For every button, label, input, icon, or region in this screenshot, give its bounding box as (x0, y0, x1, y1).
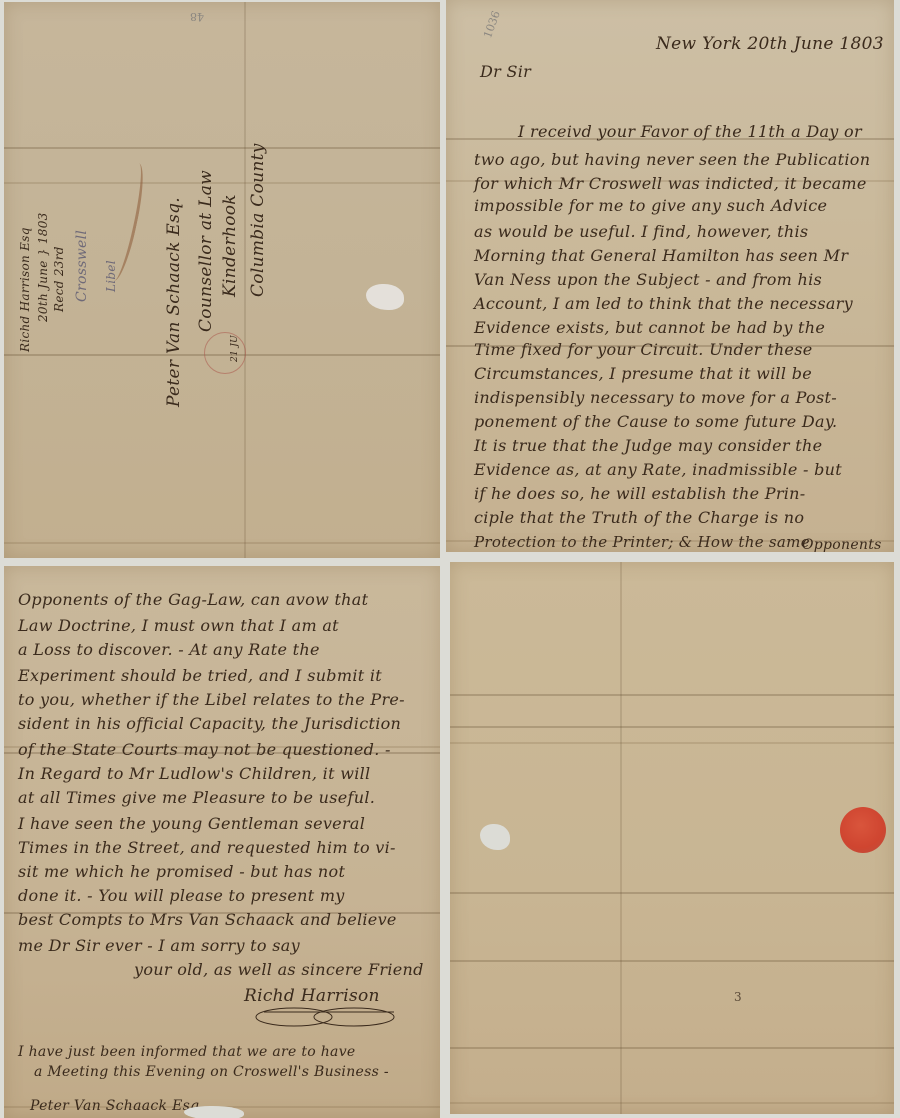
body-line: ponement of the Cause to some future Day… (474, 412, 837, 432)
archive-number: 1036 (481, 9, 503, 40)
docket-line: 20th June } 1803 (36, 212, 50, 322)
fold-line (450, 960, 894, 962)
faint-mark: 3 (734, 990, 742, 1004)
fold-line (244, 2, 246, 558)
postscript-line: a Meeting this Evening on Croswell's Bus… (34, 1062, 389, 1082)
address-line: Kinderhook (220, 194, 240, 297)
body-line: to you, whether if the Libel relates to … (18, 690, 405, 710)
body-line: at all Times give me Pleasure to be usef… (18, 788, 375, 808)
address-line: Counsellor at Law (196, 170, 216, 332)
body-line: Experiment should be tried, and I submit… (18, 666, 382, 686)
fold-line (450, 726, 894, 728)
body-line: for which Mr Croswell was indicted, it b… (474, 174, 867, 194)
body-line: a Loss to discover. - At any Rate the (18, 640, 320, 660)
body-line: Evidence exists, but cannot be had by th… (474, 318, 825, 338)
body-line: In Regard to Mr Ludlow's Children, it wi… (18, 764, 370, 784)
body-line: Van Ness upon the Subject - and from his (474, 270, 822, 290)
closing-line: me Dr Sir ever - I am sorry to say (18, 936, 300, 956)
body-line: Opponents of the Gag-Law, can avow that (18, 590, 368, 610)
body-line: Account, I am led to think that the nece… (474, 294, 853, 314)
archive-number: 48 (190, 10, 204, 23)
fold-line (450, 1047, 894, 1049)
addressee-name: Peter Van Schaack Esq. (164, 197, 184, 407)
dateline: New York 20th June 1803 (656, 34, 884, 54)
address-line: Columbia County (248, 143, 268, 297)
address-leaf-panel: 48 Richd Harrison Esq 20th June } 1803 R… (4, 2, 440, 558)
closing-line: your old, as well as sincere Friend (134, 960, 424, 980)
body-line: if he does so, he will establish the Pri… (474, 484, 806, 504)
paper-damage (184, 1106, 244, 1118)
body-line: as would be useful. I find, however, thi… (474, 222, 808, 242)
body-line: sit me which he promised - but has not (18, 862, 345, 882)
body-line: indispensibly necessary to move for a Po… (474, 388, 837, 408)
signature-flourish-icon (254, 1006, 404, 1028)
docket-line: Richd Harrison Esq (18, 227, 32, 352)
signature: Richd Harrison (244, 986, 380, 1006)
body-line: ciple that the Truth of the Charge is no (474, 508, 804, 528)
body-line: Circumstances, I presume that it will be (474, 364, 812, 384)
paper-damage (480, 824, 510, 850)
postmark-text: 21 JU (230, 335, 240, 362)
body-line: best Compts to Mrs Van Schaack and belie… (18, 910, 397, 930)
body-line: done it. - You will please to present my (18, 886, 345, 906)
body-line: two ago, but having never seen the Publi… (474, 150, 870, 170)
fold-line (4, 147, 440, 149)
fold-line (450, 892, 894, 894)
letter-page-two: Opponents of the Gag-Law, can avow that … (4, 566, 440, 1118)
body-line: Times in the Street, and requested him t… (18, 838, 396, 858)
body-line: Law Doctrine, I must own that I am at (18, 616, 339, 636)
body-line: Evidence as, at any Rate, inadmissible -… (474, 460, 842, 480)
catchword: Opponents (802, 535, 882, 555)
body-line: sident in his official Capacity, the Jur… (18, 714, 401, 734)
body-line: I have seen the young Gentleman several (18, 814, 365, 834)
blank-leaf-panel: 3 (450, 562, 894, 1114)
paper-damage (366, 284, 404, 310)
body-line: It is true that the Judge may consider t… (474, 436, 822, 456)
wax-seal (840, 807, 886, 853)
letter-page-one: 1036 New York 20th June 1803 Dr Sir I re… (446, 0, 894, 552)
body-line: impossible for me to give any such Advic… (474, 196, 827, 216)
body-line: I receivd your Favor of the 11th a Day o… (518, 122, 862, 142)
postscript-line: I have just been informed that we are to… (18, 1042, 356, 1062)
body-line: Protection to the Printer; & How the sam… (474, 532, 810, 552)
fold-line (620, 562, 622, 1114)
body-line: of the State Courts may not be questione… (18, 740, 391, 760)
fold-line (450, 694, 894, 696)
salutation: Dr Sir (480, 62, 531, 82)
body-line: Time fixed for your Circuit. Under these (474, 340, 812, 360)
body-line: Morning that General Hamilton has seen M… (474, 246, 848, 266)
docket-line: Recd 23rd (52, 246, 66, 312)
pencil-line: Libel (104, 260, 118, 292)
addressee-footer: Peter Van Schaack Esq. (30, 1096, 204, 1116)
pencil-line: Crosswell (74, 230, 90, 302)
